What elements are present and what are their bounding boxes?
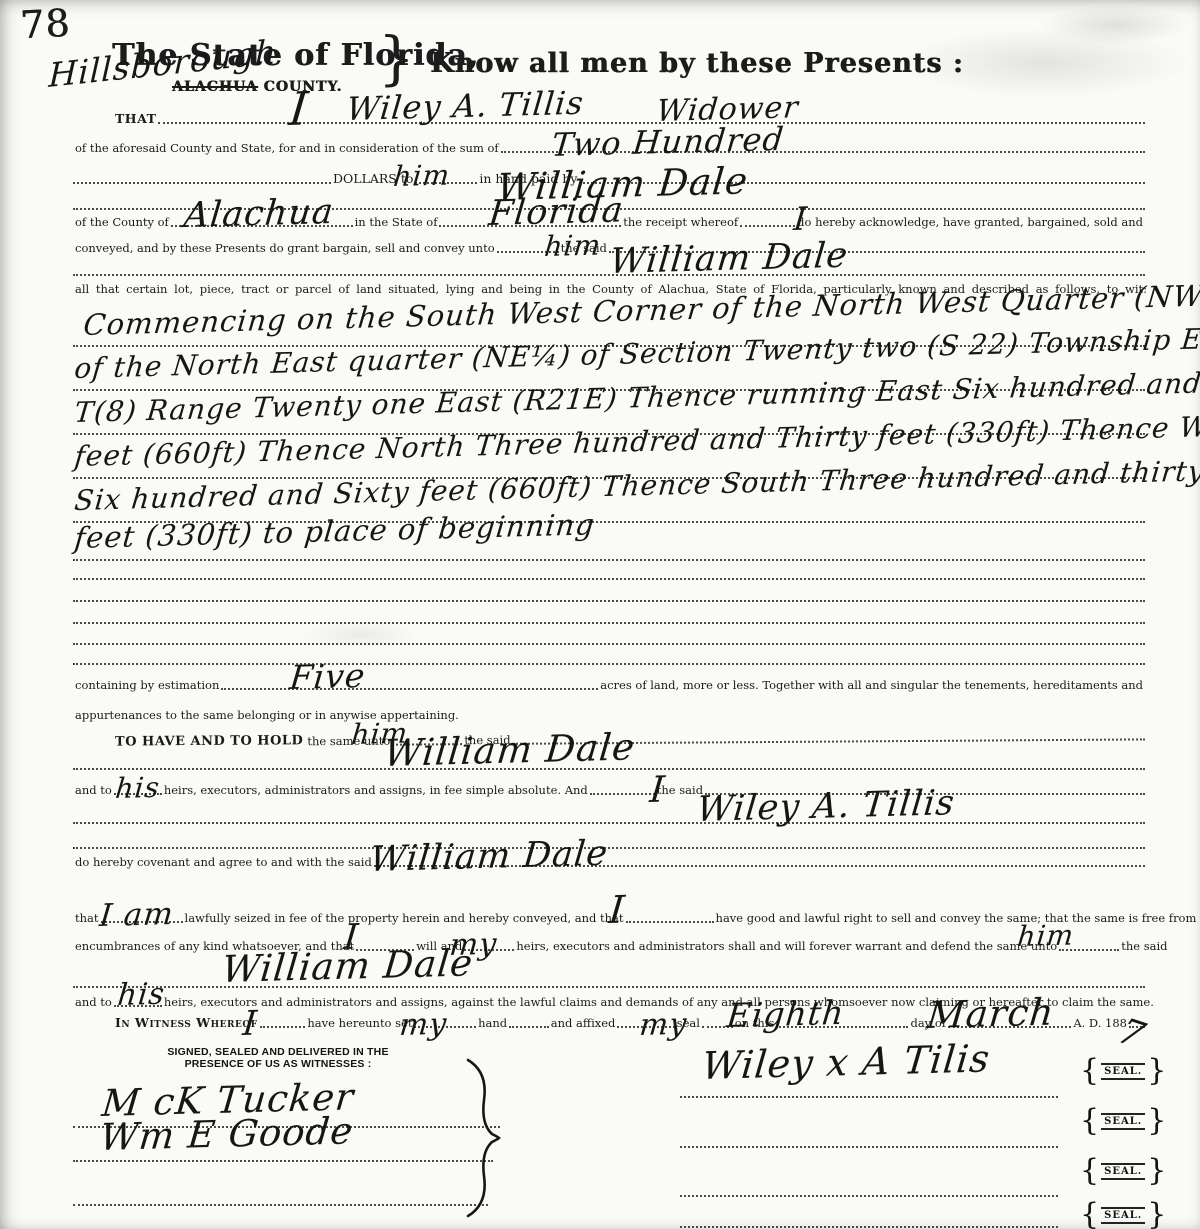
proclamation-title: Know all men by these Presents : <box>430 48 964 79</box>
containing-label: containing by estimation <box>73 678 221 693</box>
acres-entry: Five <box>288 656 367 697</box>
witness-rule <box>73 1160 493 1162</box>
him-entry-4: him <box>1016 918 1076 953</box>
grantor-initial-entry: I <box>287 81 311 136</box>
him-entry-1: him <box>392 158 452 193</box>
grantor-entry-2: Wiley A. Tillis <box>695 783 957 830</box>
witness-signature-2: Wm E Goode <box>98 1109 355 1159</box>
seal-label: SEAL. <box>1101 1207 1145 1224</box>
signature-rule <box>680 1146 1058 1148</box>
heirs-text-1: heirs, executors, administrators and ass… <box>162 783 590 798</box>
i-entry-2: I <box>648 769 667 811</box>
acres-text: acres of land, more or less. Together wi… <box>598 678 1145 693</box>
i-am-entry: I am <box>98 896 175 934</box>
grantor-name-entry: Wiley A. Tillis <box>345 84 586 128</box>
fee-simple-line: and to heirs, executors, administrators … <box>73 783 1145 798</box>
scan-smudge <box>300 620 420 650</box>
containing-line: containing by estimation acres of land, … <box>73 678 1145 693</box>
seal-brace-right: } <box>1147 1200 1166 1229</box>
page-number: 78 <box>19 1 72 48</box>
grantee-entry-4: William Dale <box>368 834 610 880</box>
witness-brace <box>462 1058 502 1218</box>
signature-rule <box>680 1195 1058 1197</box>
scan-smudge <box>1040 5 1190 45</box>
signature-rule <box>680 1226 1058 1228</box>
deed-document-page: 78 The State of Florida, } Know all men … <box>0 0 1200 1229</box>
and-to-label-1: and to <box>73 783 114 798</box>
state-entry: Florida <box>487 190 626 234</box>
hand-label: hand <box>476 1016 509 1031</box>
amount-entry: Two Hundred <box>550 120 786 164</box>
fill-rule <box>509 1026 549 1028</box>
seal-brace-right: } <box>1147 1156 1166 1186</box>
blank-rule <box>73 822 1145 824</box>
hereunto-set-label: have hereunto set <box>305 1016 414 1031</box>
and-affixed-label: and affixed <box>549 1016 618 1031</box>
seal-brace-left: { <box>1080 1200 1099 1229</box>
seal-brace-right: } <box>1147 1106 1166 1136</box>
defend-text: heirs, executors and administrators shal… <box>514 939 1059 954</box>
that-label: THAT <box>113 111 158 127</box>
him-entry-2: him <box>543 228 603 263</box>
covenant-line: do hereby covenant and agree to and with… <box>73 855 1145 870</box>
and-to-label-2: and to <box>73 995 114 1010</box>
my-entry-3: my <box>638 1007 689 1043</box>
i-entry-1: I <box>792 200 809 238</box>
grantor-signature: Wiley x A Tilis <box>700 1036 992 1088</box>
convey-line: conveyed, and by these Presents do grant… <box>73 241 1145 256</box>
day-entry: Eighth <box>725 993 846 1035</box>
of-county-label: of the County of <box>73 215 171 230</box>
fill-rule <box>590 793 655 795</box>
receipt-label: the receipt whereof <box>621 215 740 230</box>
blank-rule <box>73 643 1145 645</box>
grantee-entry-5: William Dale <box>220 941 475 991</box>
county-line: ALACHUA COUNTY. <box>172 79 342 95</box>
seal-label: SEAL. <box>1101 1113 1145 1130</box>
seal-brace-left: { <box>1080 1106 1099 1136</box>
seal-stamp: { SEAL. } <box>1080 1056 1166 1086</box>
blank-rule <box>73 600 1145 602</box>
witness-heading-line-2: PRESENCE OF US AS WITNESSES : <box>158 1058 398 1070</box>
in-state-label: in the State of <box>353 215 440 230</box>
acknowledge-text: do hereby acknowledge, have granted, bar… <box>795 215 1145 230</box>
in-witness-label: In Witness Whereof <box>113 1015 260 1031</box>
convey-text: conveyed, and by these Presents do grant… <box>73 241 497 256</box>
i-entry-5: I <box>241 1004 259 1044</box>
county-struck: ALACHUA <box>172 79 258 95</box>
seized-text: lawfully seized in fee of the property h… <box>183 911 626 926</box>
seal-brace-left: { <box>1080 1056 1099 1086</box>
witness-heading: SIGNED, SEALED AND DELIVERED IN THE PRES… <box>158 1046 398 1070</box>
blank-rule <box>73 578 1145 580</box>
grantee-entry-2: William Dale <box>608 236 850 282</box>
blank-rule <box>73 847 1145 849</box>
to-have-label: TO HAVE AND TO HOLD <box>113 733 305 750</box>
fill-rule <box>221 688 598 690</box>
seal-label: SEAL. <box>1101 1063 1145 1080</box>
month-entry: March <box>925 991 1056 1037</box>
fill-rule <box>626 921 714 923</box>
blank-rule <box>73 663 1145 665</box>
fill-rule <box>740 225 795 227</box>
his-entry-1: his <box>114 771 162 805</box>
witness-heading-line-1: SIGNED, SEALED AND DELIVERED IN THE <box>158 1046 398 1058</box>
seal-label: SEAL. <box>1101 1163 1145 1180</box>
covenant-text: do hereby covenant and agree to and with… <box>73 855 374 870</box>
blank-rule <box>73 622 1145 624</box>
fill-rule <box>73 182 331 184</box>
fill-rule <box>260 1026 306 1028</box>
county-entry: Alachua <box>182 192 336 236</box>
header-brace: } <box>378 24 416 92</box>
that-label-2: that <box>73 911 101 926</box>
seal-brace-right: } <box>1147 1056 1166 1086</box>
his-entry-2: his <box>116 977 167 1013</box>
the-said-label-4: the said <box>1119 939 1169 954</box>
my-entry-2: my <box>398 1007 449 1043</box>
seal-brace-left: { <box>1080 1156 1099 1186</box>
grantee-entry-3: William Dale <box>382 725 637 775</box>
witness-rule <box>73 1204 488 1206</box>
seal-stamp: { SEAL. } <box>1080 1200 1166 1229</box>
consideration-text: of the aforesaid County and State, for a… <box>73 141 501 156</box>
seal-stamp: { SEAL. } <box>1080 1156 1166 1186</box>
description-rule <box>73 559 1145 561</box>
signature-rule <box>680 1096 1058 1098</box>
right-text: have good and lawful right to sell and c… <box>714 911 1200 926</box>
seal-stamp: { SEAL. } <box>1080 1106 1166 1136</box>
